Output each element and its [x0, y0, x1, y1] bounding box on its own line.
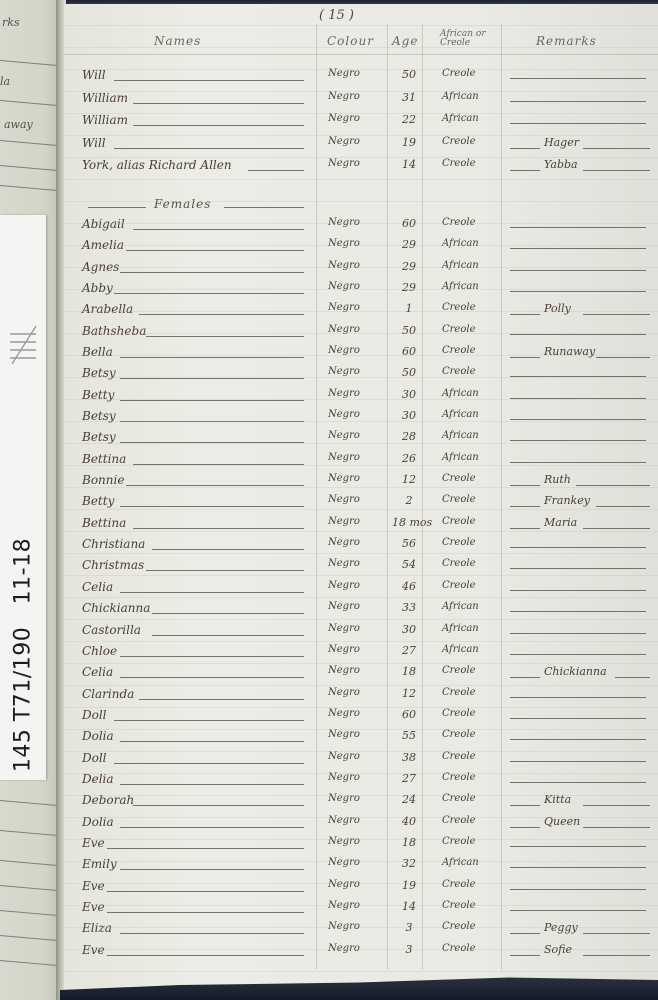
origin-cell: African [442, 113, 479, 124]
fill-line [583, 528, 651, 529]
fill-line [510, 170, 540, 171]
fill-line [510, 846, 646, 847]
ledger-row: AmeliaNegro29African [64, 238, 658, 260]
colour-cell: Negro [328, 665, 360, 676]
fill-line [583, 170, 651, 171]
fill-line [510, 889, 646, 890]
origin-cell: Creole [442, 558, 476, 569]
remarks-cell: Hager [544, 136, 579, 149]
age-cell: 38 [392, 751, 426, 764]
fill-line [120, 442, 304, 443]
name-cell: Betty [82, 494, 114, 508]
colour-cell: Negro [328, 260, 360, 271]
fill-line [120, 592, 304, 593]
age-cell: 50 [392, 366, 426, 379]
origin-cell: Creole [442, 729, 476, 740]
origin-cell: Creole [442, 473, 476, 484]
age-cell: 50 [392, 324, 426, 337]
origin-cell: Creole [442, 494, 476, 505]
fill-line [146, 570, 304, 571]
age-cell: 27 [392, 644, 426, 657]
age-cell: 40 [392, 815, 426, 828]
name-cell: Dolia [82, 815, 114, 829]
name-cell: Bella [82, 345, 113, 359]
origin-cell: African [442, 91, 479, 102]
fill-line [510, 462, 646, 463]
colour-cell: Negro [328, 345, 360, 356]
ledger-row: BetsyNegro50Creole [64, 366, 658, 388]
age-cell: 60 [392, 708, 426, 721]
ledger-row: ArabellaNegro1CreolePolly [64, 302, 658, 324]
colour-cell: Negro [328, 921, 360, 932]
remarks-cell: Runaway [544, 345, 595, 358]
ledger-row: WilliamNegro31African [64, 91, 658, 113]
fill-line [107, 955, 304, 956]
age-cell: 24 [392, 793, 426, 806]
section-header-females: Females [64, 197, 658, 219]
name-cell: York, alias Richard Allen [82, 158, 232, 172]
age-cell: 33 [392, 601, 426, 614]
ledger-row: WilliamNegro22African [64, 113, 658, 135]
name-cell: Eve [82, 879, 105, 893]
fill-line [510, 270, 646, 271]
fill-line [510, 697, 646, 698]
age-cell: 1 [392, 302, 426, 315]
colour-cell: Negro [328, 388, 360, 399]
tally-mark-icon [6, 320, 40, 370]
ledger-row: DeliaNegro27Creole [64, 772, 658, 794]
name-cell: Amelia [82, 238, 124, 252]
colour-cell: Negro [328, 857, 360, 868]
fill-line [510, 376, 646, 377]
ledger-row: ChristmasNegro54Creole [64, 558, 658, 580]
name-cell: Betty [82, 388, 114, 402]
ledger-row: CeliaNegro18CreoleChickianna [64, 665, 658, 687]
fill-line [146, 336, 304, 337]
age-cell: 54 [392, 558, 426, 571]
colour-cell: Negro [328, 113, 360, 124]
fill-line [114, 80, 304, 81]
fill-line [510, 910, 646, 911]
origin-cell: Creole [442, 345, 476, 356]
fill-line [615, 677, 650, 678]
fill-line [126, 250, 304, 251]
fill-line [120, 506, 304, 507]
age-cell: 18 [392, 836, 426, 849]
age-cell: 19 [392, 879, 426, 892]
age-cell: 31 [392, 91, 426, 104]
origin-cell: Creole [442, 136, 476, 147]
ledger-row: BonnieNegro12CreoleRuth [64, 473, 658, 495]
remarks-cell: Chickianna [544, 665, 607, 678]
fill-line [510, 654, 646, 655]
fill-line [120, 656, 304, 657]
colour-cell: Negro [328, 580, 360, 591]
ledger-row: WillNegro19CreoleHager [64, 136, 658, 158]
origin-cell: African [442, 623, 479, 634]
colour-cell: Negro [328, 473, 360, 484]
ledger-row: EmilyNegro32African [64, 857, 658, 879]
fill-line [120, 784, 304, 785]
name-cell: Chickianna [82, 601, 150, 615]
name-cell: Delia [82, 772, 114, 786]
colour-cell: Negro [328, 409, 360, 420]
fill-line [510, 357, 540, 358]
name-cell: Christmas [82, 558, 144, 572]
colour-cell: Negro [328, 836, 360, 847]
fill-line [152, 549, 304, 550]
section-title: Females [154, 197, 211, 211]
origin-cell: Creole [442, 580, 476, 591]
ledger-row: DollNegro38Creole [64, 751, 658, 773]
colour-cell: Negro [328, 601, 360, 612]
ledger-row: BetsyNegro30African [64, 409, 658, 431]
fill-line [510, 633, 646, 634]
name-cell: Betsy [82, 409, 116, 423]
fill-line [248, 170, 304, 171]
name-cell: Eve [82, 900, 105, 914]
name-cell: Betsy [82, 366, 116, 380]
fill-line [510, 547, 646, 548]
name-cell: Celia [82, 665, 113, 679]
column-header-names: Names [154, 34, 201, 48]
ledger-row: BettyNegro2CreoleFrankey [64, 494, 658, 516]
name-cell: Bettina [82, 452, 126, 466]
fill-line [107, 912, 304, 913]
fill-line [114, 763, 304, 764]
ledger-row: BettinaNegro26African [64, 452, 658, 474]
name-cell: Will [82, 136, 106, 150]
name-cell: Chloe [82, 644, 117, 658]
fill-line [510, 101, 646, 102]
colour-cell: Negro [328, 136, 360, 147]
fill-line [583, 805, 651, 806]
header-divider [64, 54, 658, 55]
name-cell: Christiana [82, 537, 145, 551]
ledger-row: EveNegro14Creole [64, 900, 658, 922]
colour-cell: Negro [328, 772, 360, 783]
colour-cell: Negro [328, 943, 360, 954]
fill-line [88, 207, 146, 208]
name-cell: Betsy [82, 430, 116, 444]
origin-cell: Creole [442, 879, 476, 890]
ledger-row: BetsyNegro28African [64, 430, 658, 452]
name-cell: Arabella [82, 302, 133, 316]
archive-page-range: 11-18 [11, 538, 36, 604]
age-cell: 18 mos [392, 516, 426, 529]
fill-line [510, 123, 646, 124]
fill-line [510, 528, 540, 529]
column-header-age: Age [392, 34, 418, 48]
age-cell: 27 [392, 772, 426, 785]
colour-cell: Negro [328, 879, 360, 890]
fill-line [510, 291, 646, 292]
remarks-cell: Polly [544, 302, 571, 315]
colour-cell: Negro [328, 558, 360, 569]
fill-line [133, 125, 304, 126]
ledger-row: AgnesNegro29African [64, 260, 658, 282]
fill-line [510, 718, 646, 719]
fill-line [133, 805, 304, 806]
age-cell: 22 [392, 113, 426, 126]
fill-line [114, 720, 304, 721]
fill-line [510, 78, 646, 79]
ledger-row: York, alias Richard AllenNegro14CreoleYa… [64, 158, 658, 180]
remarks-cell: Frankey [544, 494, 590, 507]
origin-cell: Creole [442, 665, 476, 676]
ledger-row: DollNegro60Creole [64, 708, 658, 730]
age-cell: 55 [392, 729, 426, 742]
fill-line [120, 357, 304, 358]
ledger-row: BathshebaNegro50Creole [64, 324, 658, 346]
fill-line [133, 103, 304, 104]
fill-line [510, 506, 540, 507]
origin-cell: African [442, 644, 479, 655]
age-cell: 32 [392, 857, 426, 870]
fill-line [120, 827, 304, 828]
archive-reference-text: 145 T71/190 11-18 [11, 538, 36, 772]
fill-line [583, 148, 651, 149]
age-cell: 46 [392, 580, 426, 593]
ledger-row: ElizaNegro3CreolePeggy [64, 921, 658, 943]
ledger-row: ChloeNegro27African [64, 644, 658, 666]
ledger-row: ChristianaNegro56Creole [64, 537, 658, 559]
fill-line [133, 229, 304, 230]
ledger-row: DoliaNegro40CreoleQueen [64, 815, 658, 837]
origin-cell: Creole [442, 815, 476, 826]
fill-line [114, 293, 304, 294]
fill-line [120, 421, 304, 422]
age-cell: 28 [392, 430, 426, 443]
fill-line [120, 677, 304, 678]
origin-cell: Creole [442, 836, 476, 847]
colour-cell: Negro [328, 91, 360, 102]
age-cell: 30 [392, 388, 426, 401]
age-cell: 2 [392, 494, 426, 507]
age-cell: 30 [392, 623, 426, 636]
fill-line [224, 207, 304, 208]
colour-cell: Negro [328, 900, 360, 911]
fill-line [107, 891, 304, 892]
age-cell: 19 [392, 136, 426, 149]
origin-cell: African [442, 281, 479, 292]
fill-line [139, 314, 304, 315]
age-cell: 29 [392, 260, 426, 273]
fill-line [120, 933, 304, 934]
origin-cell: Creole [442, 900, 476, 911]
age-cell: 3 [392, 921, 426, 934]
age-cell: 29 [392, 281, 426, 294]
origin-cell: Creole [442, 793, 476, 804]
name-cell: William [82, 91, 128, 105]
name-cell: Celia [82, 580, 113, 594]
ledger-row: WillNegro50Creole [64, 68, 658, 90]
age-cell: 12 [392, 687, 426, 700]
ledger-row: ChickiannaNegro33African [64, 601, 658, 623]
archive-reference-slip: 145 T71/190 11-18 [0, 215, 46, 780]
colour-cell: Negro [328, 452, 360, 463]
name-cell: Agnes [82, 260, 119, 274]
fill-line [510, 739, 646, 740]
fill-line [120, 400, 304, 401]
previous-page-fragment: away [4, 118, 33, 131]
origin-cell: African [442, 238, 479, 249]
name-cell: Clarinda [82, 687, 134, 701]
colour-cell: Negro [328, 68, 360, 79]
archive-reference-number: 145 T71/190 [11, 627, 36, 772]
age-cell: 60 [392, 217, 426, 230]
fill-line [510, 568, 646, 569]
remarks-cell: Queen [544, 815, 580, 828]
fill-line [510, 440, 646, 441]
previous-page-fragment: la [0, 75, 10, 88]
name-cell: Deborah [82, 793, 134, 807]
origin-cell: African [442, 409, 479, 420]
colour-cell: Negro [328, 537, 360, 548]
colour-cell: Negro [328, 217, 360, 228]
remarks-cell: Ruth [544, 473, 571, 486]
colour-cell: Negro [328, 729, 360, 740]
remarks-cell: Sofie [544, 943, 572, 956]
age-cell: 14 [392, 158, 426, 171]
fill-line [510, 805, 540, 806]
ledger-row: CeliaNegro46Creole [64, 580, 658, 602]
fill-line [152, 635, 304, 636]
name-cell: Abby [82, 281, 113, 295]
ledger-row: BellaNegro60CreoleRunaway [64, 345, 658, 367]
fill-line [596, 506, 651, 507]
age-cell: 12 [392, 473, 426, 486]
fill-line [114, 148, 304, 149]
origin-cell: Creole [442, 68, 476, 79]
name-cell: Will [82, 68, 106, 82]
colour-cell: Negro [328, 158, 360, 169]
name-cell: Bathsheba [82, 324, 146, 338]
ledger-row: DeborahNegro24CreoleKitta [64, 793, 658, 815]
fill-line [510, 867, 646, 868]
fill-line [510, 148, 540, 149]
age-cell: 56 [392, 537, 426, 550]
fill-line [139, 699, 304, 700]
name-cell: Doll [82, 751, 107, 765]
origin-cell: Creole [442, 687, 476, 698]
fill-line [510, 933, 540, 934]
age-cell: 29 [392, 238, 426, 251]
fill-line [510, 248, 646, 249]
origin-cell: Creole [442, 217, 476, 228]
column-header-origin: African or Creole [440, 30, 500, 48]
fill-line [152, 613, 304, 614]
origin-cell: African [442, 857, 479, 868]
fill-line [510, 227, 646, 228]
name-cell: Castorilla [82, 623, 141, 637]
origin-cell: Creole [442, 324, 476, 335]
fill-line [133, 464, 304, 465]
name-cell: Bettina [82, 516, 126, 530]
ledger-row: AbigailNegro60Creole [64, 217, 658, 239]
fill-line [510, 677, 540, 678]
ledger-row: BettinaNegro18 mosCreoleMaria [64, 516, 658, 538]
colour-cell: Negro [328, 366, 360, 377]
colour-cell: Negro [328, 324, 360, 335]
ledger-row: DoliaNegro55Creole [64, 729, 658, 751]
origin-cell: Creole [442, 158, 476, 169]
origin-cell: Creole [442, 708, 476, 719]
colour-cell: Negro [328, 623, 360, 634]
fill-line [510, 485, 540, 486]
remarks-cell: Maria [544, 516, 577, 529]
colour-cell: Negro [328, 687, 360, 698]
origin-cell: Creole [442, 537, 476, 548]
name-cell: William [82, 113, 128, 127]
fill-line [120, 741, 304, 742]
age-cell: 60 [392, 345, 426, 358]
colour-cell: Negro [328, 238, 360, 249]
fill-line [510, 419, 646, 420]
fill-line [120, 869, 304, 870]
fill-line [126, 485, 304, 486]
age-cell: 14 [392, 900, 426, 913]
origin-cell: Creole [442, 302, 476, 313]
ledger-row: EveNegro18Creole [64, 836, 658, 858]
column-header-remarks: Remarks [536, 34, 597, 48]
name-cell: Doll [82, 708, 107, 722]
fill-line [510, 955, 540, 956]
ledger-page: ( 15 ) Names Colour Age African or Creol… [64, 4, 658, 990]
ledger-row: BettyNegro30African [64, 388, 658, 410]
origin-cell: African [442, 388, 479, 399]
fill-line [510, 611, 646, 612]
origin-cell: Creole [442, 751, 476, 762]
colour-cell: Negro [328, 644, 360, 655]
colour-cell: Negro [328, 281, 360, 292]
fill-line [510, 761, 646, 762]
age-cell: 50 [392, 68, 426, 81]
name-cell: Bonnie [82, 473, 124, 487]
fill-line [510, 398, 646, 399]
origin-cell: African [442, 601, 479, 612]
fill-line [510, 827, 540, 828]
name-cell: Eliza [82, 921, 112, 935]
name-cell: Dolia [82, 729, 114, 743]
fill-line [120, 378, 304, 379]
fill-line [596, 357, 651, 358]
origin-cell: Creole [442, 772, 476, 783]
fill-line [510, 314, 540, 315]
colour-cell: Negro [328, 302, 360, 313]
name-cell: Abigail [82, 217, 125, 231]
fill-line [583, 314, 651, 315]
origin-cell: Creole [442, 921, 476, 932]
age-cell: 18 [392, 665, 426, 678]
colour-cell: Negro [328, 494, 360, 505]
name-cell: Emily [82, 857, 117, 871]
ledger-row: CastorillaNegro30African [64, 623, 658, 645]
previous-page-fragment: rks [2, 16, 20, 29]
ledger-row: AbbyNegro29African [64, 281, 658, 303]
ledger-row: EveNegro19Creole [64, 879, 658, 901]
ledger-row: ClarindaNegro12Creole [64, 687, 658, 709]
name-cell: Eve [82, 943, 105, 957]
origin-cell: Creole [442, 366, 476, 377]
column-header-colour: Colour [327, 34, 374, 48]
age-cell: 26 [392, 452, 426, 465]
fill-line [120, 272, 304, 273]
colour-cell: Negro [328, 708, 360, 719]
colour-cell: Negro [328, 793, 360, 804]
age-cell: 30 [392, 409, 426, 422]
fill-line [107, 848, 304, 849]
